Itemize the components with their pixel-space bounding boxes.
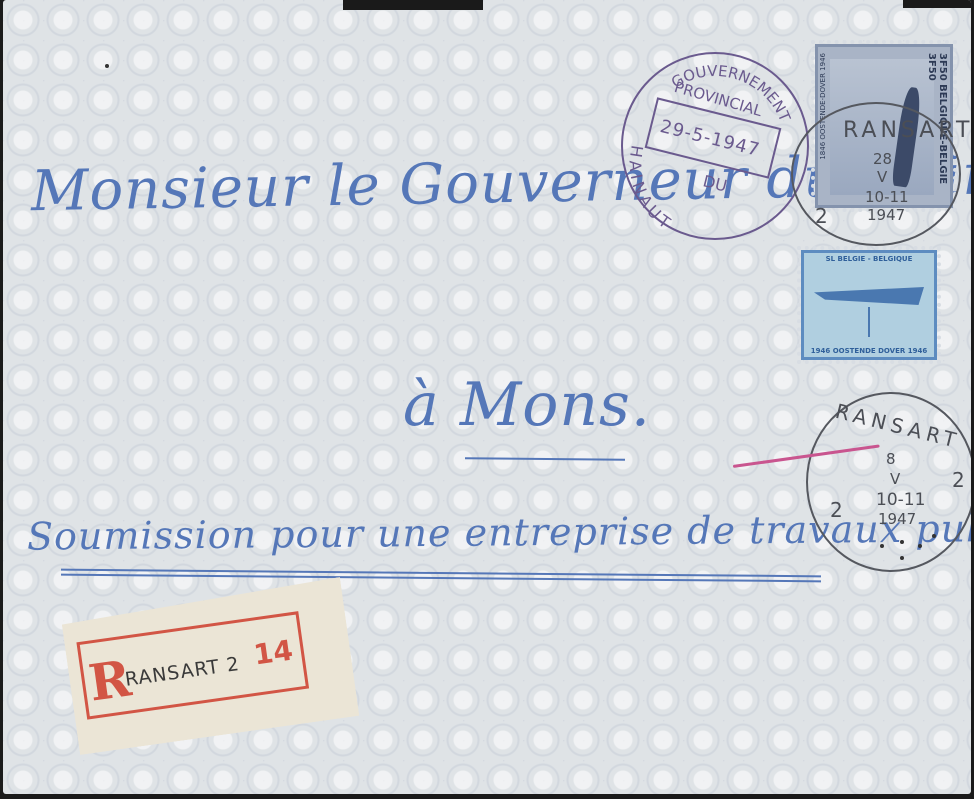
postage-stamp-ship-blue: SL BELGIE - BELGIQUE 1946 OOSTENDE DOVER… [801, 250, 937, 360]
postmark-office: 2 [952, 468, 965, 492]
mast-icon [868, 307, 870, 337]
address-line-city: à Mons. [403, 370, 651, 440]
registration-frame: R RANSART 2 14 [76, 611, 309, 719]
registration-number: 14 [252, 634, 295, 672]
cancellation-postmark: RANSART 28 V 10-11 1947 2 [791, 102, 961, 246]
torn-edge [903, 0, 971, 8]
postmark-office: 2 [815, 204, 828, 228]
postmark-hour: 8 [886, 450, 896, 468]
postmark-year: 1947 [867, 206, 905, 224]
ship-icon [814, 287, 924, 305]
registration-office: RANSART 2 [124, 653, 242, 691]
postmark-month: V [877, 168, 887, 186]
postmark-town: RANSART [843, 118, 971, 143]
stamp-inscription: SL BELGIE - BELGIQUE [808, 255, 930, 263]
svg-text:HAINAUT: HAINAUT [626, 144, 677, 234]
postmark-office: 2 [830, 498, 843, 522]
postmark-year: 1947 [878, 510, 916, 528]
government-postmark: GOUVERNEMENT HAINAUT PROVINCIAL 29-5-194… [621, 52, 809, 240]
paper-speck [105, 64, 109, 68]
postmark-town: RANSART [833, 399, 963, 453]
postmark-month: V [890, 470, 900, 488]
cancellation-postmark: RANSART 8 V 10-11 1947 2 2 [806, 392, 971, 572]
torn-edge [343, 0, 483, 10]
postmark-hour: 28 [873, 150, 892, 168]
envelope: Monsieur le Gouverneur du Hainaut à Mons… [3, 0, 971, 794]
registration-label: R RANSART 2 14 [61, 577, 360, 755]
postmark-time: 10-11 [876, 490, 925, 510]
postmark-time: 10-11 [865, 188, 909, 206]
city-underline [465, 457, 625, 460]
stamp-inscription: 1946 OOSTENDE DOVER 1946 [808, 347, 930, 355]
